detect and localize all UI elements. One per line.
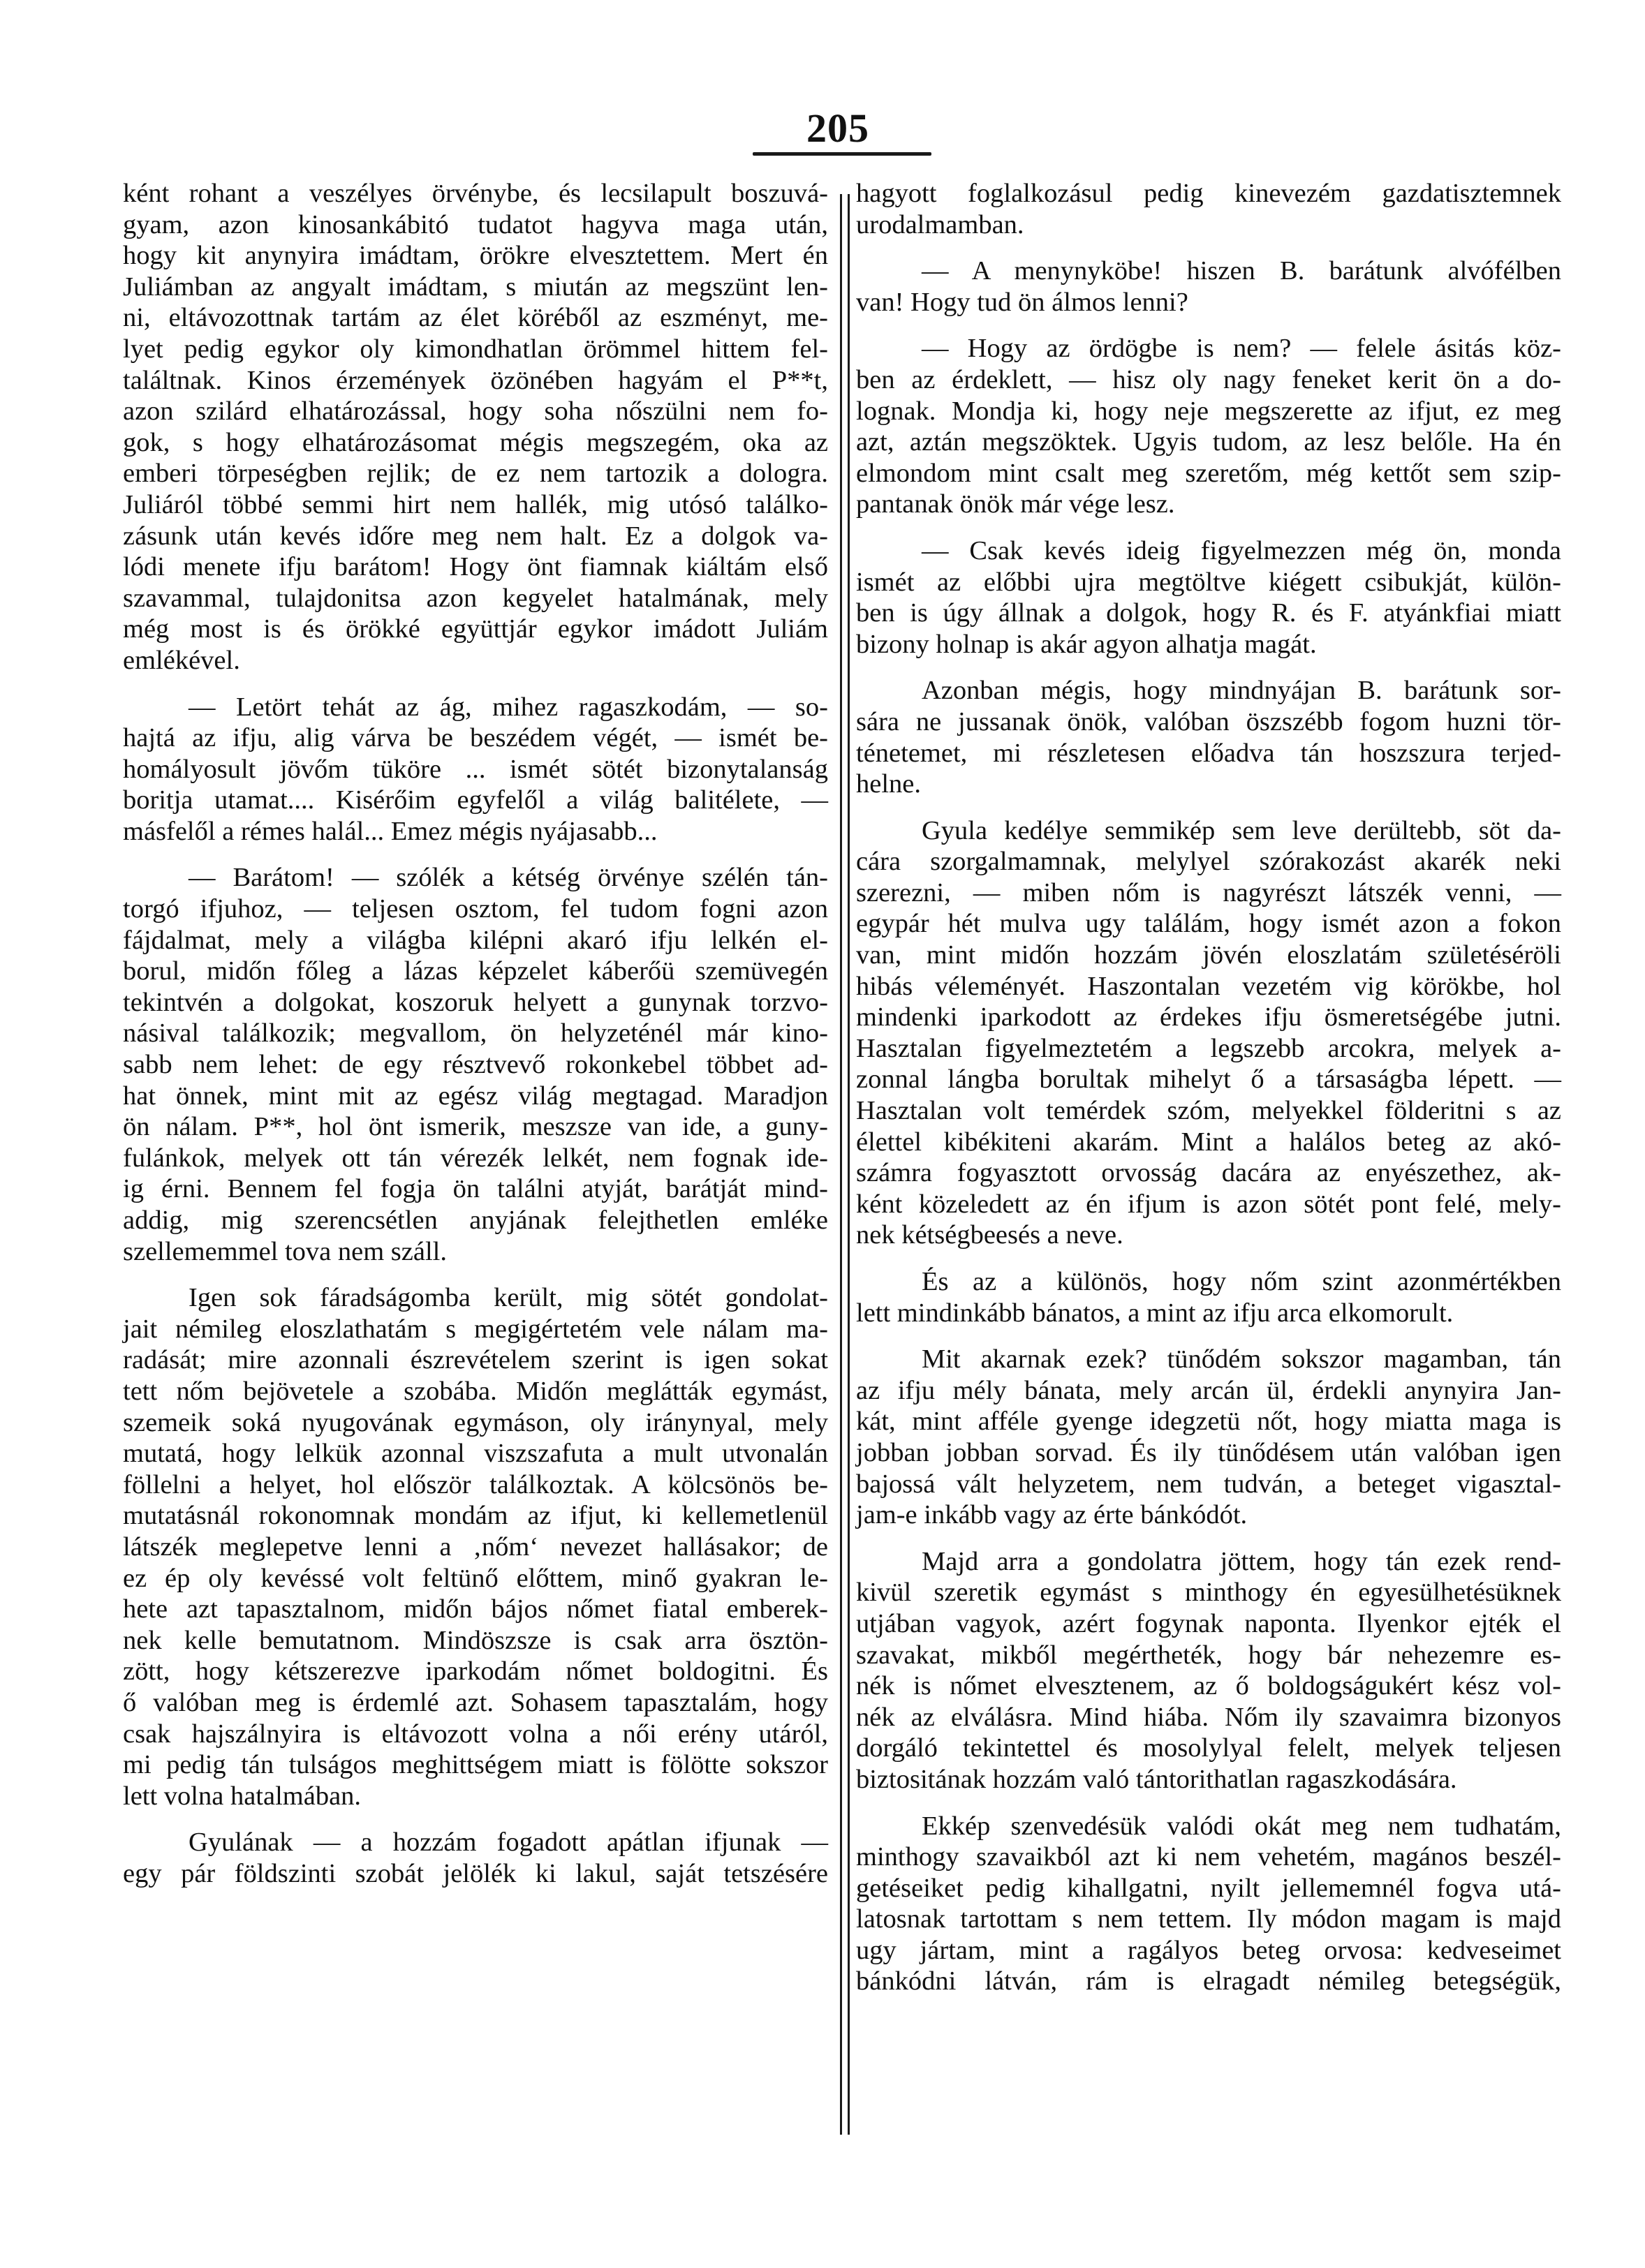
- text-line: Ekkép szenvedésük valódi okát meg nem tu…: [856, 1811, 1561, 1842]
- text-line: élettel kibékiteni akarám. Mint a halálo…: [856, 1127, 1561, 1158]
- paragraph-gap: [856, 520, 1561, 535]
- text-line: nek kétségbeesés a neve.: [856, 1220, 1561, 1251]
- text-line: ugy jártam, mint a ragályos beteg orvosa…: [856, 1935, 1561, 1966]
- text-line: bajossá vált helyzetem, nem tudván, a be…: [856, 1469, 1561, 1500]
- text-line: tett nőm bejövetele a szobába. Midőn meg…: [123, 1376, 828, 1407]
- page-number-rule: [753, 152, 931, 156]
- text-line: azt, aztán megszöktek. Ugyis tudom, az l…: [856, 427, 1561, 458]
- text-line: — A menynyköbe! hiszen B. barátunk alvóf…: [856, 255, 1561, 287]
- text-line: egy pár földszinti szobát jelölék ki lak…: [123, 1858, 828, 1890]
- text-line: zonnal lángba borultak mihelyt ő a társa…: [856, 1064, 1561, 1095]
- paragraph: — Hogy az ördögbe is nem? — felele ásitá…: [856, 333, 1561, 520]
- paragraph: hagyott foglalkozásul pedig kinevezém ga…: [856, 178, 1561, 240]
- left-column: ként rohant a veszélyes örvénybe, és lec…: [123, 178, 828, 1889]
- text-line: ben az érdeklett, — hisz oly nagy feneke…: [856, 364, 1561, 396]
- text-line: cára szorgalmamnak, melylyel szórakozást…: [856, 846, 1561, 877]
- text-line: borul, midőn főleg a lázas képzelet kábe…: [123, 956, 828, 987]
- text-line: csak hajszálnyira is eltávozott volna a …: [123, 1719, 828, 1750]
- text-line: elmondom mint csalt meg szeretőm, még ke…: [856, 458, 1561, 489]
- text-line: boritja utamat.... Kisérőim egyfelől a v…: [123, 785, 828, 816]
- paragraph-gap: [123, 847, 828, 862]
- text-line: szellememmel tova nem száll.: [123, 1236, 828, 1268]
- text-line: latosnak tartottam s nem tettem. Ily mód…: [856, 1904, 1561, 1935]
- text-line: hogy kit anynyira imádtam, örökre elvesz…: [123, 240, 828, 272]
- text-line: Juliámban az angyalt imádtam, s miután a…: [123, 272, 828, 303]
- text-line: egypár hét mulva ugy találám, hogy ismét…: [856, 908, 1561, 940]
- paragraph: Gyulának — a hozzám fogadott apátlan ifj…: [123, 1827, 828, 1889]
- paragraph: És az a különös, hogy nőm szint azonmért…: [856, 1266, 1561, 1328]
- text-line: biztositának hozzám való tántorithatlan …: [856, 1764, 1561, 1795]
- text-line: kivül szeretik egymást s minthogy én egy…: [856, 1577, 1561, 1608]
- text-line: Hasztalan volt temérdek szóm, melyekkel …: [856, 1095, 1561, 1127]
- paragraph: — Barátom! — szólék a kétség örvénye szé…: [123, 862, 828, 1267]
- text-line: még most is és örökké együttjár egykor i…: [123, 614, 828, 645]
- text-line: jait némileg eloszlathatám s megigérteté…: [123, 1314, 828, 1345]
- paragraph-gap: [123, 1267, 828, 1282]
- right-column: hagyott foglalkozásul pedig kinevezém ga…: [856, 178, 1561, 1997]
- text-line: Azonban mégis, hogy mindnyájan B. barátu…: [856, 675, 1561, 706]
- text-line: jobban jobban sorvad. És ily tünődésem u…: [856, 1437, 1561, 1469]
- text-line: bizony holnap is akár agyon alhatja magá…: [856, 629, 1561, 660]
- text-line: szavakat, mikből megértheték, hogy bár n…: [856, 1640, 1561, 1671]
- text-line: ez ép oly kevéssé volt feltünő előttem, …: [123, 1563, 828, 1594]
- paragraph: — Csak kevés ideig figyelmezzen még ön, …: [856, 535, 1561, 660]
- text-line: torgó ifjuhoz, — teljesen osztom, fel tu…: [123, 894, 828, 925]
- text-line: Mit akarnak ezek? tünődém sokszor magamb…: [856, 1344, 1561, 1375]
- text-line: ténetemet, mi részletesen előadva tán ho…: [856, 738, 1561, 769]
- text-line: ni, eltávozottnak tartám az élet köréből…: [123, 302, 828, 334]
- text-line: mindenki iparkodott az érdekes ifju ösme…: [856, 1002, 1561, 1033]
- text-line: lett mindinkább bánatos, a mint az ifju …: [856, 1298, 1561, 1329]
- text-line: radását; mire azonnali észrevételem szer…: [123, 1344, 828, 1376]
- text-line: szemeik soká nyugovának egymáson, oly ir…: [123, 1407, 828, 1439]
- text-line: ig érni. Bennem fel fogja ön találni aty…: [123, 1173, 828, 1205]
- text-line: nék az elválásra. Mind hiába. Nőm ily sz…: [856, 1702, 1561, 1733]
- paragraph: Gyula kedélye semmikép sem leve derülteb…: [856, 815, 1561, 1251]
- text-line: ként rohant a veszélyes örvénybe, és lec…: [123, 178, 828, 209]
- text-line: nék is nőmet elvesztenem, az ő boldogság…: [856, 1670, 1561, 1702]
- paragraph: Azonban mégis, hogy mindnyájan B. barátu…: [856, 675, 1561, 799]
- text-line: ismét az előbbi ujra megtöltve kiégett c…: [856, 567, 1561, 598]
- text-line: fulánkok, melyek ott tán vérezék lelkét,…: [123, 1143, 828, 1174]
- text-line: látszék meglepetve lenni a ‚nőm‘ nevezet…: [123, 1532, 828, 1563]
- text-line: lódi menete ifju barátom! Hogy önt fiamn…: [123, 551, 828, 583]
- text-line: getéseiket pedig kihallgatni, nyilt jell…: [856, 1873, 1561, 1904]
- paragraph-gap: [856, 318, 1561, 333]
- text-line: ben is úgy állnak a dolgok, hogy R. és F…: [856, 598, 1561, 629]
- text-line: zásunk után kevés időre meg nem halt. Ez…: [123, 521, 828, 552]
- text-line: hat önnek, mint mit az egész világ megta…: [123, 1081, 828, 1112]
- text-line: fájdalmat, mely a világba kilépni akaró …: [123, 925, 828, 956]
- text-line: lyet pedig egykor oly kimondhatlan örömm…: [123, 334, 828, 365]
- paragraph: Mit akarnak ezek? tünődém sokszor magamb…: [856, 1344, 1561, 1531]
- text-line: — Letört tehát az ág, mihez ragaszkodám,…: [123, 692, 828, 723]
- paragraph: Ekkép szenvedésük valódi okát meg nem tu…: [856, 1811, 1561, 1998]
- column-divider: [840, 194, 850, 2135]
- text-line: ő valóban meg is érdemlé azt. Sohasem ta…: [123, 1687, 828, 1719]
- text-line: urodalmamban.: [856, 209, 1561, 241]
- text-line: emberi törpeségben rejlik; de ez nem tar…: [123, 458, 828, 489]
- text-line: nek kelle bemutatnom. Mindöszsze is csak…: [123, 1625, 828, 1656]
- text-line: szavammal, tulajdonitsa azon kegyelet ha…: [123, 583, 828, 614]
- text-line: mi pedig tán tulságos meghittségem miatt…: [123, 1749, 828, 1781]
- paragraph-gap: [123, 1811, 828, 1827]
- paragraph-gap: [856, 800, 1561, 815]
- text-line: Majd arra a gondolatra jöttem, hogy tán …: [856, 1546, 1561, 1578]
- text-line: Hasztalan figyelmeztetém a legszebb arco…: [856, 1033, 1561, 1065]
- text-line: Juliáról többé semmi hirt nem hallék, mi…: [123, 489, 828, 521]
- paragraph-gap: [856, 1251, 1561, 1266]
- text-line: zött, hogy kétszerezve iparkodám nőmet b…: [123, 1656, 828, 1687]
- text-line: kát, mint afféle gyenge idegzetü nőt, ho…: [856, 1406, 1561, 1437]
- text-line: találtnak. Kinos érzemények özönében hag…: [123, 365, 828, 396]
- text-line: sabb nem lehet: de egy résztvevő rokonke…: [123, 1049, 828, 1081]
- text-line: hete azt tapasztalnom, midőn bájos nőmet…: [123, 1594, 828, 1625]
- text-line: bánkódni látván, rám is elragadt némileg…: [856, 1966, 1561, 1997]
- paragraph-gap: [856, 660, 1561, 675]
- text-line: — Barátom! — szólék a kétség örvénye szé…: [123, 862, 828, 894]
- text-line: hibás véleményét. Haszontalan vezetém vi…: [856, 971, 1561, 1002]
- text-line: emlékével.: [123, 645, 828, 676]
- text-line: násival találkozik; megvallom, ön helyze…: [123, 1018, 828, 1049]
- text-line: helne.: [856, 769, 1561, 800]
- text-line: föllelni a helyet, hol először találkozt…: [123, 1469, 828, 1501]
- text-line: addig, mig szerencsétlen anyjának felejt…: [123, 1205, 828, 1236]
- text-line: tekintvén a dolgokat, koszoruk helyett a…: [123, 987, 828, 1018]
- text-line: másfelől a rémes halál... Emez mégis nyá…: [123, 816, 828, 847]
- text-line: dorgáló tekintettel és mosolylyal felelt…: [856, 1733, 1561, 1764]
- paragraph: Igen sok fáradságomba került, mig sötét …: [123, 1282, 828, 1811]
- paragraph-gap: [123, 676, 828, 692]
- text-line: utjában vagyok, azért fogynak naponta. I…: [856, 1608, 1561, 1640]
- text-line: mutatásnál rokonomnak mondám az ifjut, k…: [123, 1500, 828, 1532]
- paragraph-gap: [856, 240, 1561, 255]
- text-line: ön nálam. P**, hol önt ismerik, meszsze …: [123, 1111, 828, 1143]
- text-line: szerezni, — miben nőm is nagyrészt látsz…: [856, 877, 1561, 909]
- page-number: 205: [754, 105, 922, 151]
- text-line: hajtá az ifju, alig várva be beszédem vé…: [123, 722, 828, 754]
- paragraph: Majd arra a gondolatra jöttem, hogy tán …: [856, 1546, 1561, 1795]
- text-line: sára ne jussanak önök, valóban öszszébb …: [856, 706, 1561, 738]
- text-line: lognak. Mondja ki, hogy neje megszerette…: [856, 396, 1561, 427]
- text-line: Gyula kedélye semmikép sem leve derülteb…: [856, 815, 1561, 847]
- paragraph: — A menynyköbe! hiszen B. barátunk alvóf…: [856, 255, 1561, 318]
- text-line: az ifju mély bánata, mely arcán ül, érde…: [856, 1375, 1561, 1407]
- text-line: minthogy szavaikból azt ki nem vehetém, …: [856, 1841, 1561, 1873]
- paragraph-gap: [856, 1328, 1561, 1344]
- text-line: jam-e inkább vagy az érte bánkódót.: [856, 1499, 1561, 1531]
- paragraph-gap: [856, 1795, 1561, 1811]
- text-line: számra fogyasztott orvosság dacára az en…: [856, 1157, 1561, 1189]
- text-line: van, mint midőn hozzám jövén eloszlatám …: [856, 940, 1561, 971]
- text-line: mutatá, hogy lelkük azonnal viszszafuta …: [123, 1438, 828, 1469]
- text-line: Igen sok fáradságomba került, mig sötét …: [123, 1282, 828, 1314]
- text-line: gok, s hogy elhatározásomat mégis megsze…: [123, 427, 828, 459]
- text-line: homályosult jövőm tüköre ... ismét sötét…: [123, 754, 828, 785]
- text-line: gyam, azon kinosankábitó tudatot hagyva …: [123, 209, 828, 241]
- text-line: ként közeledett az én ifjum is azon söté…: [856, 1189, 1561, 1220]
- text-line: hagyott foglalkozásul pedig kinevezém ga…: [856, 178, 1561, 209]
- text-line: Gyulának — a hozzám fogadott apátlan ifj…: [123, 1827, 828, 1858]
- text-line: És az a különös, hogy nőm szint azonmért…: [856, 1266, 1561, 1298]
- paragraph-gap: [856, 1531, 1561, 1546]
- text-line: — Csak kevés ideig figyelmezzen még ön, …: [856, 535, 1561, 567]
- text-line: — Hogy az ördögbe is nem? — felele ásitá…: [856, 333, 1561, 364]
- text-line: pantanak önök már vége lesz.: [856, 489, 1561, 520]
- paragraph: ként rohant a veszélyes örvénybe, és lec…: [123, 178, 828, 676]
- text-line: azon szilárd elhatározással, hogy soha n…: [123, 396, 828, 427]
- text-line: van! Hogy tud ön álmos lenni?: [856, 287, 1561, 318]
- text-line: lett volna hatalmában.: [123, 1781, 828, 1812]
- paragraph: — Letört tehát az ág, mihez ragaszkodám,…: [123, 692, 828, 847]
